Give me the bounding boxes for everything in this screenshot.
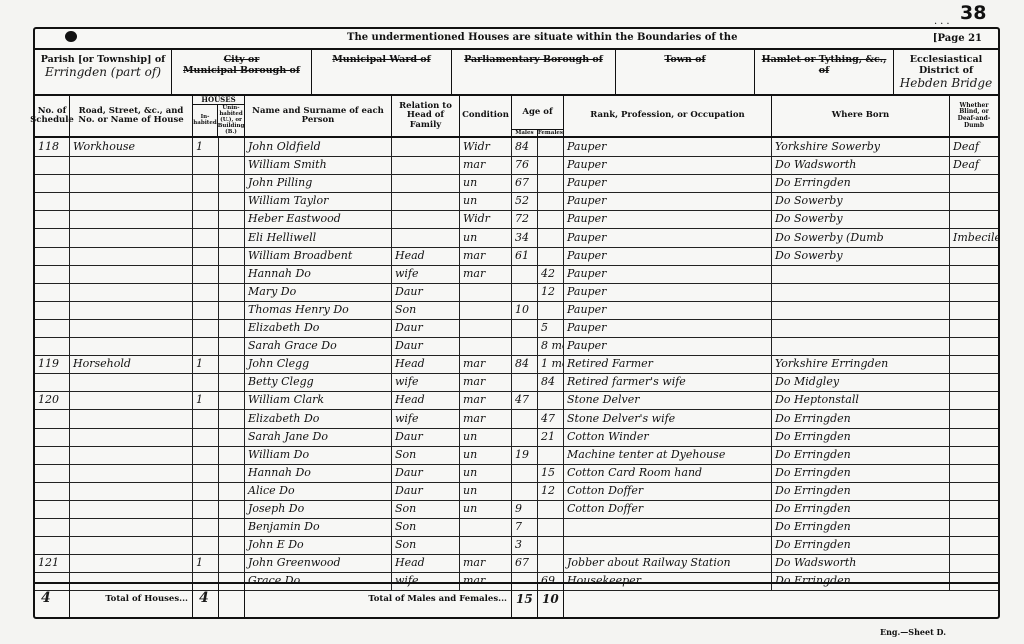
cell-infirm (950, 355, 998, 373)
cell-road: Horsehold (70, 355, 193, 373)
cell-schedule (35, 373, 70, 391)
cell-female (538, 192, 564, 210)
cell-female: 47 (538, 410, 564, 428)
cell-uninhabited (219, 229, 245, 247)
cell-inhabited (193, 192, 219, 210)
cell-inhabited (193, 428, 219, 446)
cell-female: 84 (538, 373, 564, 391)
cell-infirm (950, 391, 998, 409)
cell-schedule (35, 518, 70, 536)
cell-schedule (35, 192, 70, 210)
total-females: 10 (538, 584, 564, 619)
cell-road (70, 247, 193, 265)
cell-schedule: 119 (35, 355, 70, 373)
cell-schedule (35, 446, 70, 464)
cell-condition: un (460, 500, 512, 518)
cell-male (512, 410, 538, 428)
column-header-row: No. of Schedule Road, Street, &c., and N… (35, 96, 998, 138)
cell-name: Thomas Henry Do (245, 301, 392, 319)
cell-name: Joseph Do (245, 500, 392, 518)
table-row: John E DoSon3Do Erringden (35, 536, 998, 555)
cell-road (70, 500, 193, 518)
cell-occupation: Pauper (564, 319, 772, 337)
cell-occupation: Retired farmer's wife (564, 373, 772, 391)
total-blank (564, 584, 998, 619)
cell-infirm (950, 283, 998, 301)
cell-inhabited (193, 337, 219, 355)
cell-road: Workhouse (70, 138, 193, 156)
cell-inhabited (193, 174, 219, 192)
cell-name: Eli Helliwell (245, 229, 392, 247)
cell-born (772, 319, 950, 337)
cell-road (70, 391, 193, 409)
cell-female (538, 210, 564, 228)
cell-uninhabited (219, 355, 245, 373)
cell-uninhabited (219, 156, 245, 174)
cell-uninhabited (219, 554, 245, 572)
cell-inhabited: 1 (193, 554, 219, 572)
cell-infirm (950, 500, 998, 518)
cell-born: Do Erringden (772, 428, 950, 446)
hamlet-label: Hamlet or Tything, &c., of (755, 54, 893, 76)
ecclesiastical-label: Ecclesiastical District of (894, 54, 998, 76)
title-row: The undermentioned Houses are situate wi… (35, 29, 998, 50)
cell-condition: un (460, 446, 512, 464)
cell-relation: Head (392, 391, 460, 409)
municipal-borough-label: Municipal Borough of (183, 65, 300, 76)
cell-name: John Pilling (245, 174, 392, 192)
cell-female: 15 (538, 464, 564, 482)
cell-uninhabited (219, 500, 245, 518)
cell-condition: mar (460, 247, 512, 265)
cell-relation (392, 192, 460, 210)
cell-occupation: Cotton Card Room hand (564, 464, 772, 482)
cell-uninhabited (219, 174, 245, 192)
cell-uninhabited (219, 518, 245, 536)
cell-name: Sarah Jane Do (245, 428, 392, 446)
cell-road (70, 301, 193, 319)
cell-relation: Daur (392, 482, 460, 500)
sheet-label: Eng.—Sheet D. (880, 627, 946, 637)
cell-male: 84 (512, 138, 538, 156)
cell-occupation: Pauper (564, 210, 772, 228)
cell-road (70, 373, 193, 391)
cell-infirm (950, 247, 998, 265)
cell-relation: Head (392, 554, 460, 572)
cell-uninhabited (219, 373, 245, 391)
cell-occupation: Stone Delver's wife (564, 410, 772, 428)
cell-condition: un (460, 192, 512, 210)
cell-condition: mar (460, 156, 512, 174)
folio-dots: ... (934, 16, 953, 27)
town-label: Town of (616, 54, 754, 65)
cell-name: Benjamin Do (245, 518, 392, 536)
cell-condition (460, 518, 512, 536)
cell-occupation: Pauper (564, 265, 772, 283)
cell-male (512, 482, 538, 500)
cell-uninhabited (219, 192, 245, 210)
cell-uninhabited (219, 337, 245, 355)
cell-relation (392, 174, 460, 192)
cell-name: Mary Do (245, 283, 392, 301)
cell-occupation: Pauper (564, 247, 772, 265)
cell-female: 21 (538, 428, 564, 446)
col-infirmity: Whether Blind, or Deaf-and-Dumb (950, 96, 998, 136)
cell-condition: un (460, 482, 512, 500)
col-males: Males (512, 130, 538, 136)
ecclesiastical-cell: Ecclesiastical District of Hebden Bridge (894, 50, 998, 94)
cell-male: 84 (512, 355, 538, 373)
cell-relation (392, 229, 460, 247)
cell-road (70, 337, 193, 355)
cell-relation: Daur (392, 337, 460, 355)
cell-born: Do Erringden (772, 482, 950, 500)
cell-name: William Broadbent (245, 247, 392, 265)
hamlet-cell: Hamlet or Tything, &c., of (755, 50, 894, 94)
cell-road (70, 428, 193, 446)
cell-male (512, 373, 538, 391)
cell-born: Do Erringden (772, 500, 950, 518)
cell-male: 34 (512, 229, 538, 247)
cell-road (70, 482, 193, 500)
cell-uninhabited (219, 391, 245, 409)
cell-inhabited (193, 229, 219, 247)
cell-occupation: Pauper (564, 156, 772, 174)
cell-road (70, 210, 193, 228)
col-schedule: No. of Schedule (35, 96, 70, 136)
col-occupation: Rank, Profession, or Occupation (564, 96, 772, 136)
cell-condition: mar (460, 391, 512, 409)
cell-road (70, 265, 193, 283)
cell-name: John E Do (245, 536, 392, 554)
table-row: Joseph DoSonun9Cotton DofferDo Erringden (35, 500, 998, 519)
cell-occupation: Pauper (564, 301, 772, 319)
cell-male: 76 (512, 156, 538, 174)
cell-occupation (564, 536, 772, 554)
cell-inhabited (193, 283, 219, 301)
table-row: Benjamin DoSon7Do Erringden (35, 518, 998, 537)
cell-condition (460, 536, 512, 554)
cell-born: Do Erringden (772, 518, 950, 536)
cell-relation: Head (392, 355, 460, 373)
table-row: William Taylorun52PauperDo Sowerby (35, 192, 998, 211)
cell-female: 42 (538, 265, 564, 283)
cell-occupation: Retired Farmer (564, 355, 772, 373)
cell-name: Alice Do (245, 482, 392, 500)
total-houses-label: Total of Houses... (70, 584, 193, 619)
cell-relation: Head (392, 247, 460, 265)
cell-name: William Do (245, 446, 392, 464)
cell-condition: un (460, 229, 512, 247)
cell-born: Do Sowerby (772, 192, 950, 210)
cell-uninhabited (219, 446, 245, 464)
cell-schedule (35, 156, 70, 174)
cell-born: Do Wadsworth (772, 554, 950, 572)
cell-uninhabited (219, 210, 245, 228)
cell-occupation: Pauper (564, 174, 772, 192)
table-row: Heber EastwoodWidr72PauperDo Sowerby (35, 210, 998, 229)
cell-schedule (35, 319, 70, 337)
table-row: Elizabeth Dowifemar47Stone Delver's wife… (35, 410, 998, 429)
cell-condition (460, 337, 512, 355)
cell-female (538, 174, 564, 192)
cell-female (538, 301, 564, 319)
cell-male (512, 283, 538, 301)
cell-uninhabited (219, 410, 245, 428)
parish-cell: Parish [or Township] of Erringden (part … (35, 50, 172, 94)
cell-schedule (35, 283, 70, 301)
cell-uninhabited (219, 283, 245, 301)
col-females: Females (538, 130, 563, 136)
cell-inhabited (193, 536, 219, 554)
cell-infirm (950, 554, 998, 572)
cell-schedule (35, 428, 70, 446)
table-row: William BroadbentHeadmar61PauperDo Sower… (35, 247, 998, 266)
cell-condition: mar (460, 410, 512, 428)
cell-born: Yorkshire Erringden (772, 355, 950, 373)
col-uninhabited: Unin-habited (U.), or Building (B.) (218, 105, 244, 136)
cell-born: Do Erringden (772, 174, 950, 192)
cell-born: Do Wadsworth (772, 156, 950, 174)
col-age: Age of Males Females (512, 96, 564, 136)
table-row: Eli Helliwellun34PauperDo Sowerby (DumbI… (35, 229, 998, 248)
cell-infirm (950, 482, 998, 500)
total-males: 15 (512, 584, 538, 619)
cell-female (538, 500, 564, 518)
cell-relation (392, 156, 460, 174)
parliamentary-label: Parliamentary Borough of (452, 54, 615, 65)
cell-uninhabited (219, 247, 245, 265)
cell-name: Hannah Do (245, 464, 392, 482)
col-name: Name and Surname of each Person (245, 96, 392, 136)
cell-female (538, 247, 564, 265)
cell-condition: mar (460, 265, 512, 283)
cell-male (512, 319, 538, 337)
cell-male: 3 (512, 536, 538, 554)
cell-uninhabited (219, 482, 245, 500)
cell-name: John Greenwood (245, 554, 392, 572)
cell-inhabited (193, 265, 219, 283)
cell-condition: un (460, 174, 512, 192)
cell-inhabited (193, 210, 219, 228)
cell-inhabited (193, 500, 219, 518)
cell-occupation: Pauper (564, 283, 772, 301)
cell-male: 52 (512, 192, 538, 210)
parliamentary-cell: Parliamentary Borough of (452, 50, 616, 94)
cell-female (538, 138, 564, 156)
census-form: The undermentioned Houses are situate wi… (33, 27, 1000, 619)
boundary-row: Parish [or Township] of Erringden (part … (35, 50, 998, 96)
cell-relation: Son (392, 446, 460, 464)
col-relation: Relation to Head of Family (392, 96, 460, 136)
cell-occupation (564, 518, 772, 536)
cell-relation: wife (392, 410, 460, 428)
table-row: 1201William ClarkHeadmar47Stone DelverDo… (35, 391, 998, 410)
cell-schedule (35, 229, 70, 247)
cell-male: 9 (512, 500, 538, 518)
cell-female (538, 554, 564, 572)
parish-value: Erringden (part of) (45, 65, 161, 79)
cell-inhabited: 1 (193, 138, 219, 156)
cell-male: 10 (512, 301, 538, 319)
cell-infirm (950, 518, 998, 536)
cell-inhabited (193, 156, 219, 174)
cell-condition: mar (460, 373, 512, 391)
cell-infirm (950, 301, 998, 319)
cell-relation (392, 138, 460, 156)
cell-name: Sarah Grace Do (245, 337, 392, 355)
cell-female (538, 391, 564, 409)
cell-infirm (950, 373, 998, 391)
town-cell: Town of (616, 50, 755, 94)
cell-schedule (35, 337, 70, 355)
cell-relation: wife (392, 373, 460, 391)
cell-born: Do Sowerby (772, 247, 950, 265)
cell-schedule (35, 500, 70, 518)
cell-condition: mar (460, 355, 512, 373)
cell-female: 5 (538, 319, 564, 337)
cell-female: 12 (538, 283, 564, 301)
cell-inhabited (193, 446, 219, 464)
cell-occupation: Pauper (564, 229, 772, 247)
cell-relation: wife (392, 265, 460, 283)
cell-inhabited: 1 (193, 355, 219, 373)
cell-male: 67 (512, 554, 538, 572)
cell-road (70, 518, 193, 536)
table-row: Hannah Dowifemar42Pauper (35, 265, 998, 284)
cell-road (70, 174, 193, 192)
cell-born (772, 337, 950, 355)
cell-female (538, 446, 564, 464)
cell-schedule (35, 301, 70, 319)
cell-infirm (950, 464, 998, 482)
cell-inhabited (193, 301, 219, 319)
cell-male (512, 464, 538, 482)
cell-occupation: Pauper (564, 138, 772, 156)
col-age-label: Age of (522, 96, 552, 129)
cell-schedule: 121 (35, 554, 70, 572)
cell-condition (460, 301, 512, 319)
cell-male: 61 (512, 247, 538, 265)
table-row: 1211John GreenwoodHeadmar67Jobber about … (35, 554, 998, 573)
cell-inhabited (193, 518, 219, 536)
cell-female: 12 (538, 482, 564, 500)
cell-female (538, 229, 564, 247)
cell-uninhabited (219, 428, 245, 446)
col-inhabited: In-habited (193, 105, 218, 136)
cell-born: Do Midgley (772, 373, 950, 391)
table-row: Sarah Jane DoDaurun21Cotton WinderDo Err… (35, 428, 998, 447)
cell-born: Yorkshire Sowerby (772, 138, 950, 156)
table-row: William DoSonun19Machine tenter at Dyeho… (35, 446, 998, 465)
ward-label: Municipal Ward of (312, 54, 451, 65)
cell-female (538, 156, 564, 174)
table-row: Hannah DoDaurun15Cotton Card Room handDo… (35, 464, 998, 483)
cell-relation: Son (392, 301, 460, 319)
cell-infirm: Imbecile (950, 229, 998, 247)
cell-infirm (950, 410, 998, 428)
cell-occupation: Cotton Doffer (564, 500, 772, 518)
cell-born (772, 301, 950, 319)
cell-inhabited (193, 482, 219, 500)
cell-born: Do Erringden (772, 536, 950, 554)
cell-uninhabited (219, 536, 245, 554)
cell-relation: Son (392, 518, 460, 536)
total-houses-value: 4 (193, 584, 219, 619)
cell-female: 1 mo (538, 355, 564, 373)
city-cell: City or Municipal Borough of (172, 50, 312, 94)
cell-occupation: Machine tenter at Dyehouse (564, 446, 772, 464)
cell-male (512, 337, 538, 355)
cell-schedule (35, 210, 70, 228)
col-houses-label: HOUSES (193, 96, 244, 105)
table-row: Alice DoDaurun12Cotton DofferDo Erringde… (35, 482, 998, 501)
cell-schedule (35, 174, 70, 192)
table-row: Mary DoDaur12Pauper (35, 283, 998, 302)
cell-road (70, 446, 193, 464)
cell-road (70, 554, 193, 572)
table-row: Betty Cleggwifemar84Retired farmer's wif… (35, 373, 998, 392)
cell-occupation: Cotton Winder (564, 428, 772, 446)
cell-relation: Daur (392, 428, 460, 446)
cell-uninhabited (219, 265, 245, 283)
col-houses: HOUSES In-habited Unin-habited (U.), or … (193, 96, 245, 136)
cell-uninhabited (219, 464, 245, 482)
city-label: City or (172, 54, 311, 65)
cell-name: Elizabeth Do (245, 410, 392, 428)
cell-born: Do Sowerby (772, 210, 950, 228)
table-row: Sarah Grace DoDaur8 moPauper (35, 337, 998, 356)
cell-infirm (950, 174, 998, 192)
cell-name: William Clark (245, 391, 392, 409)
cell-road (70, 536, 193, 554)
cell-infirm (950, 319, 998, 337)
cell-occupation: Jobber about Railway Station (564, 554, 772, 572)
parish-label: Parish [or Township] of (35, 54, 171, 65)
cell-schedule (35, 482, 70, 500)
cell-infirm (950, 265, 998, 283)
cell-schedule (35, 247, 70, 265)
cell-male (512, 428, 538, 446)
col-road: Road, Street, &c., and No. or Name of Ho… (70, 96, 193, 136)
cell-condition (460, 319, 512, 337)
folio-number: 38 (960, 2, 986, 24)
table-row: 119Horsehold1John CleggHeadmar841 moReti… (35, 355, 998, 374)
cell-female (538, 518, 564, 536)
cell-born: Do Sowerby (Dumb (772, 229, 950, 247)
cell-occupation: Pauper (564, 192, 772, 210)
table-row: Elizabeth DoDaur5Pauper (35, 319, 998, 338)
cell-born (772, 265, 950, 283)
cell-infirm (950, 536, 998, 554)
cell-road (70, 156, 193, 174)
cell-born: Do Erringden (772, 410, 950, 428)
cell-condition: Widr (460, 138, 512, 156)
cell-male: 72 (512, 210, 538, 228)
total-persons-label: Total of Males and Females... (245, 584, 512, 619)
cell-condition: un (460, 428, 512, 446)
cell-born: Do Erringden (772, 446, 950, 464)
table-row: William Smithmar76PauperDo WadsworthDeaf (35, 156, 998, 175)
cell-male: 47 (512, 391, 538, 409)
cell-uninhabited (219, 319, 245, 337)
cell-uninhabited (219, 301, 245, 319)
cell-condition: Widr (460, 210, 512, 228)
table-row: John Pillingun67PauperDo Erringden (35, 174, 998, 193)
col-where-born: Where Born (772, 96, 950, 136)
cell-schedule (35, 536, 70, 554)
cell-infirm (950, 428, 998, 446)
